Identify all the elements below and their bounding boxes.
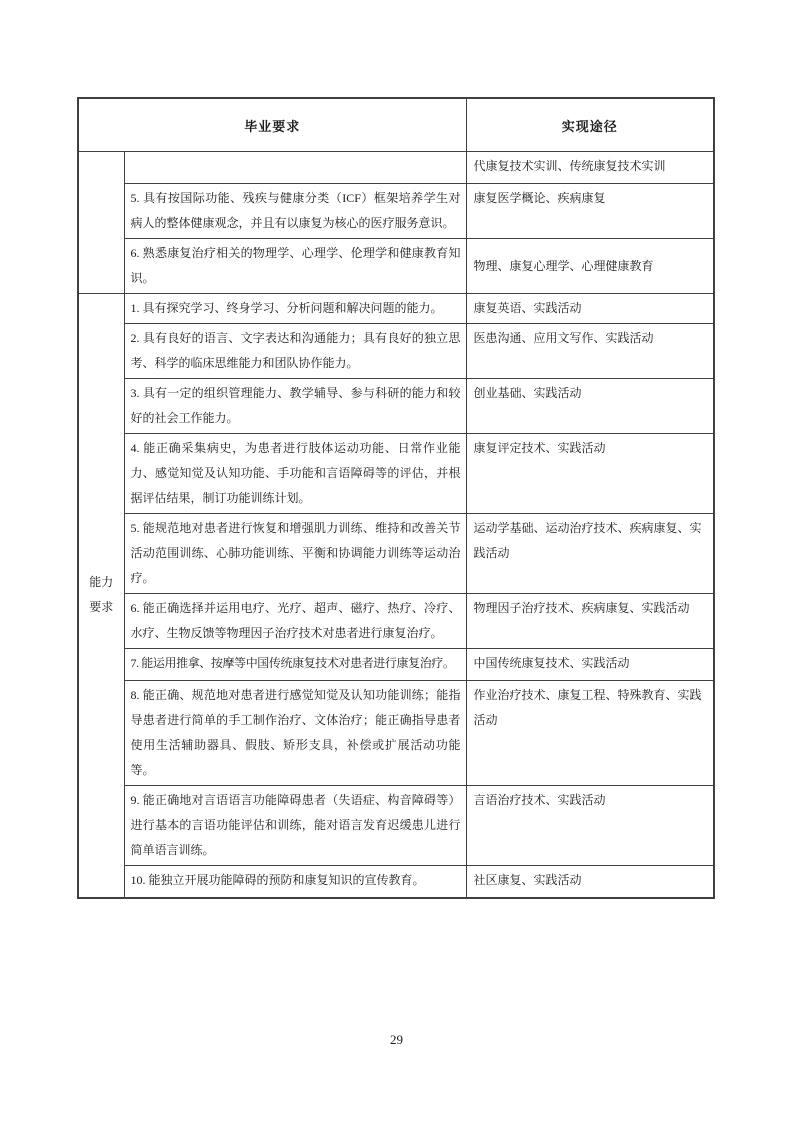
pathway-cell: 医患沟通、应用文写作、实践活动 xyxy=(466,324,714,379)
table-row: 9. 能正确地对言语语言功能障碍患者（失语症、构音障碍等）进行基本的言语功能评估… xyxy=(78,786,714,866)
section-label-cell xyxy=(78,152,124,294)
requirement-cell xyxy=(124,152,466,184)
requirement-cell: 5. 具有按国际功能、残疾与健康分类（ICF）框架培养学生对病人的整体健康观念，… xyxy=(124,184,466,239)
table-row: 8. 能正确、规范地对患者进行感觉知觉及认知功能训练；能指导患者进行简单的手工制… xyxy=(78,681,714,786)
pathway-cell: 康复评定技术、实践活动 xyxy=(466,434,714,514)
pathway-cell: 中国传统康复技术、实践活动 xyxy=(466,649,714,681)
pathway-cell: 物理因子治疗技术、疾病康复、实践活动 xyxy=(466,594,714,649)
pathway-cell: 社区康复、实践活动 xyxy=(466,866,714,898)
section-label-cell: 能力要求 xyxy=(78,294,124,898)
table-row: 7. 能运用推拿、按摩等中国传统康复技术对患者进行康复治疗。 中国传统康复技术、… xyxy=(78,649,714,681)
requirement-cell: 5. 能规范地对患者进行恢复和增强肌力训练、维持和改善关节活动范围训练、心肺功能… xyxy=(124,514,466,594)
pathway-cell: 康复医学概论、疾病康复 xyxy=(466,184,714,239)
requirements-table: 毕业要求 实现途径 代康复技术实训、传统康复技术实训 5. 具有按国际功能、残疾… xyxy=(77,97,715,899)
column-header-graduation-requirements: 毕业要求 xyxy=(78,98,466,152)
header-row: 毕业要求 实现途径 xyxy=(78,98,714,152)
requirement-cell: 3. 具有一定的组织管理能力、教学辅导、参与科研的能力和较好的社会工作能力。 xyxy=(124,379,466,434)
column-header-implementation-pathways: 实现途径 xyxy=(466,98,714,152)
requirement-cell: 8. 能正确、规范地对患者进行感觉知觉及认知功能训练；能指导患者进行简单的手工制… xyxy=(124,681,466,786)
pathway-cell: 言语治疗技术、实践活动 xyxy=(466,786,714,866)
requirement-cell: 10. 能独立开展功能障碍的预防和康复知识的宣传教育。 xyxy=(124,866,466,898)
requirement-cell: 9. 能正确地对言语语言功能障碍患者（失语症、构音障碍等）进行基本的言语功能评估… xyxy=(124,786,466,866)
table-row: 10. 能独立开展功能障碍的预防和康复知识的宣传教育。 社区康复、实践活动 xyxy=(78,866,714,898)
table-row: 能力要求 1. 具有探究学习、终身学习、分析问题和解决问题的能力。 康复英语、实… xyxy=(78,294,714,324)
table-row: 6. 能正确选择并运用电疗、光疗、超声、磁疗、热疗、冷疗、水疗、生物反馈等物理因… xyxy=(78,594,714,649)
requirement-cell: 4. 能正确采集病史，为患者进行肢体运动功能、日常作业能力、感觉知觉及认知功能、… xyxy=(124,434,466,514)
requirement-cell: 2. 具有良好的语言、文字表达和沟通能力；具有良好的独立思考、科学的临床思维能力… xyxy=(124,324,466,379)
table-row: 4. 能正确采集病史，为患者进行肢体运动功能、日常作业能力、感觉知觉及认知功能、… xyxy=(78,434,714,514)
table-row: 代康复技术实训、传统康复技术实训 xyxy=(78,152,714,184)
requirement-cell: 1. 具有探究学习、终身学习、分析问题和解决问题的能力。 xyxy=(124,294,466,324)
pathway-cell: 康复英语、实践活动 xyxy=(466,294,714,324)
requirement-cell: 7. 能运用推拿、按摩等中国传统康复技术对患者进行康复治疗。 xyxy=(124,649,466,681)
table-row: 2. 具有良好的语言、文字表达和沟通能力；具有良好的独立思考、科学的临床思维能力… xyxy=(78,324,714,379)
table-row: 3. 具有一定的组织管理能力、教学辅导、参与科研的能力和较好的社会工作能力。 创… xyxy=(78,379,714,434)
pathway-cell: 作业治疗技术、康复工程、特殊教育、实践活动 xyxy=(466,681,714,786)
pathway-cell: 运动学基础、运动治疗技术、疾病康复、实践活动 xyxy=(466,514,714,594)
pathway-cell: 创业基础、实践活动 xyxy=(466,379,714,434)
page-number: 29 xyxy=(0,1032,793,1048)
pathway-cell: 代康复技术实训、传统康复技术实训 xyxy=(466,152,714,184)
requirement-cell: 6. 熟悉康复治疗相关的物理学、心理学、伦理学和健康教育知识。 xyxy=(124,239,466,294)
requirement-cell: 6. 能正确选择并运用电疗、光疗、超声、磁疗、热疗、冷疗、水疗、生物反馈等物理因… xyxy=(124,594,466,649)
table-row: 5. 具有按国际功能、残疾与健康分类（ICF）框架培养学生对病人的整体健康观念，… xyxy=(78,184,714,239)
table-row: 5. 能规范地对患者进行恢复和增强肌力训练、维持和改善关节活动范围训练、心肺功能… xyxy=(78,514,714,594)
pathway-cell: 物理、康复心理学、心理健康教育 xyxy=(466,239,714,294)
table-row: 6. 熟悉康复治疗相关的物理学、心理学、伦理学和健康教育知识。 物理、康复心理学… xyxy=(78,239,714,294)
